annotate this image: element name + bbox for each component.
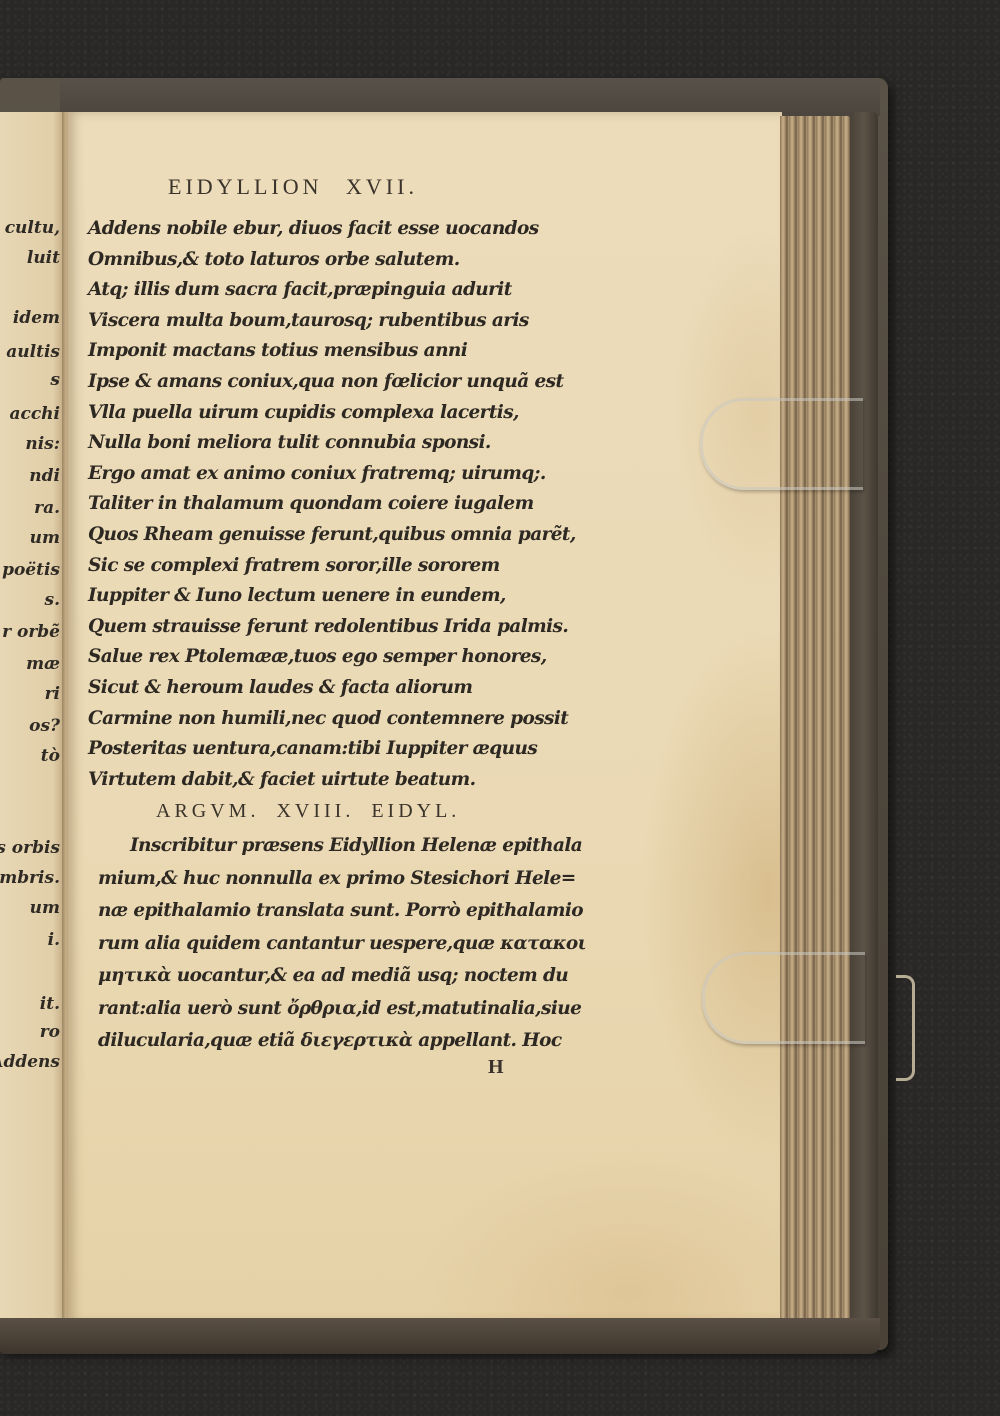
running-head: EIDYLLION XVII.: [168, 174, 468, 200]
left-page-fragment: ndi: [29, 466, 60, 486]
left-page-fragment: tò: [41, 746, 60, 766]
left-page-fragment: os?: [29, 716, 60, 736]
argument-line: mium,& huc nonnulla ex primo Stesichori …: [98, 863, 618, 896]
verse-line: Salue rex Ptolemææ,tuos ego semper honor…: [88, 642, 608, 673]
verse-line: Ergo amat ex animo coniux fratremq; uiru…: [88, 459, 608, 490]
left-page-fragment: luit: [27, 248, 60, 268]
argument-line: rum alia quidem cantantur uespere,quæ κα…: [98, 928, 618, 961]
left-page-fragment: idem: [13, 308, 60, 328]
left-page-fragment: ri: [45, 684, 60, 704]
verse-line: Atq; illis dum sacra facit,præpinguia ad…: [88, 275, 608, 306]
verse-line: Quem strauisse ferunt redolentibus Irida…: [88, 612, 608, 643]
left-page-fragment: poëtis: [2, 560, 60, 580]
argument-line: μητικὰ uocantur,& ea ad mediã usq; nocte…: [98, 960, 618, 993]
left-page-fragment: i.: [48, 930, 60, 950]
argument-line: Inscribitur præsens Eidyllion Helenæ epi…: [98, 830, 618, 863]
left-page-fragment: ro: [40, 1022, 60, 1042]
left-page-fragment: mæ: [26, 654, 60, 674]
verse-line: Imponit mactans totius mensibus anni: [88, 336, 608, 367]
argument-line: næ epithalamio translata sunt. Porrò epi…: [98, 895, 618, 928]
cover-fore-edge: [850, 112, 878, 1332]
page-fore-edge: [780, 116, 850, 1324]
cover-top-edge: [60, 78, 880, 116]
left-page-fragment: s: [50, 370, 60, 390]
left-page-fragment: umbris.: [0, 868, 60, 888]
argument-line: dilucularia,quæ etiã διεγερτικὰ appellan…: [98, 1025, 618, 1058]
section-heading: ARGVM. XVIII. EIDYL.: [156, 800, 460, 823]
page-clip-icon: [700, 398, 863, 490]
verse-line: Quos Rheam genuisse ferunt,quibus omnia …: [88, 520, 608, 551]
argument-block: Inscribitur præsens Eidyllion Helenæ epi…: [98, 830, 618, 1058]
verse-line: Taliter in thalamum quondam coiere iugal…: [88, 489, 608, 520]
left-page-fragment: us orbis: [0, 838, 60, 858]
left-page-fragment: acchi: [9, 404, 60, 424]
left-page-fragment: nis:: [25, 434, 60, 454]
verse-line: Addens nobile ebur, diuos facit esse uoc…: [88, 214, 608, 245]
verse-line: Nulla boni meliora tulit connubia sponsi…: [88, 428, 608, 459]
left-page-fragment: cultu,: [5, 218, 60, 238]
left-page-fragment: it.: [40, 994, 60, 1014]
left-page-fragment: ra.: [34, 498, 60, 518]
verse-line: Viscera multa boum,taurosq; rubentibus a…: [88, 306, 608, 337]
signature-mark: H: [488, 1056, 504, 1079]
verse-block: Addens nobile ebur, diuos facit esse uoc…: [88, 214, 608, 795]
verse-line: Sic se complexi fratrem soror,ille soror…: [88, 551, 608, 582]
left-page-fragment: Addens: [0, 1052, 60, 1072]
left-page-fragment: r orbẽ: [2, 622, 60, 642]
verse-line: Omnibus,& toto laturos orbe salutem.: [88, 245, 608, 276]
verse-line: Sicut & heroum laudes & facta aliorum: [88, 673, 608, 704]
verse-line: Posteritas uentura,canam:tibi Iuppiter æ…: [88, 734, 608, 765]
left-page-fragment: aultis: [6, 342, 60, 362]
verse-line: Vlla puella uirum cupidis complexa lacer…: [88, 398, 608, 429]
left-page-fragment: um: [30, 898, 60, 918]
verse-line: Ipse & amans coniux,qua non fœlicior unq…: [88, 367, 608, 398]
page-clip-icon: [702, 952, 865, 1044]
verse-line: Iuppiter & Iuno lectum uenere in eundem,: [88, 581, 608, 612]
verse-line: Carmine non humili,nec quod contemnere p…: [88, 704, 608, 735]
left-page-fragment: s.: [45, 590, 61, 610]
argument-line: rant:alia uerò sunt ὄρθρια,id est,matuti…: [98, 993, 618, 1026]
verse-line: Virtutem dabit,& faciet uirtute beatum.: [88, 765, 608, 796]
clasp-icon: [896, 975, 915, 1081]
left-page: cultu,luitidemaultissacchinis:ndira.umpo…: [0, 112, 66, 1322]
cover-bottom-edge: [0, 1318, 880, 1354]
left-page-fragment: um: [30, 528, 60, 548]
